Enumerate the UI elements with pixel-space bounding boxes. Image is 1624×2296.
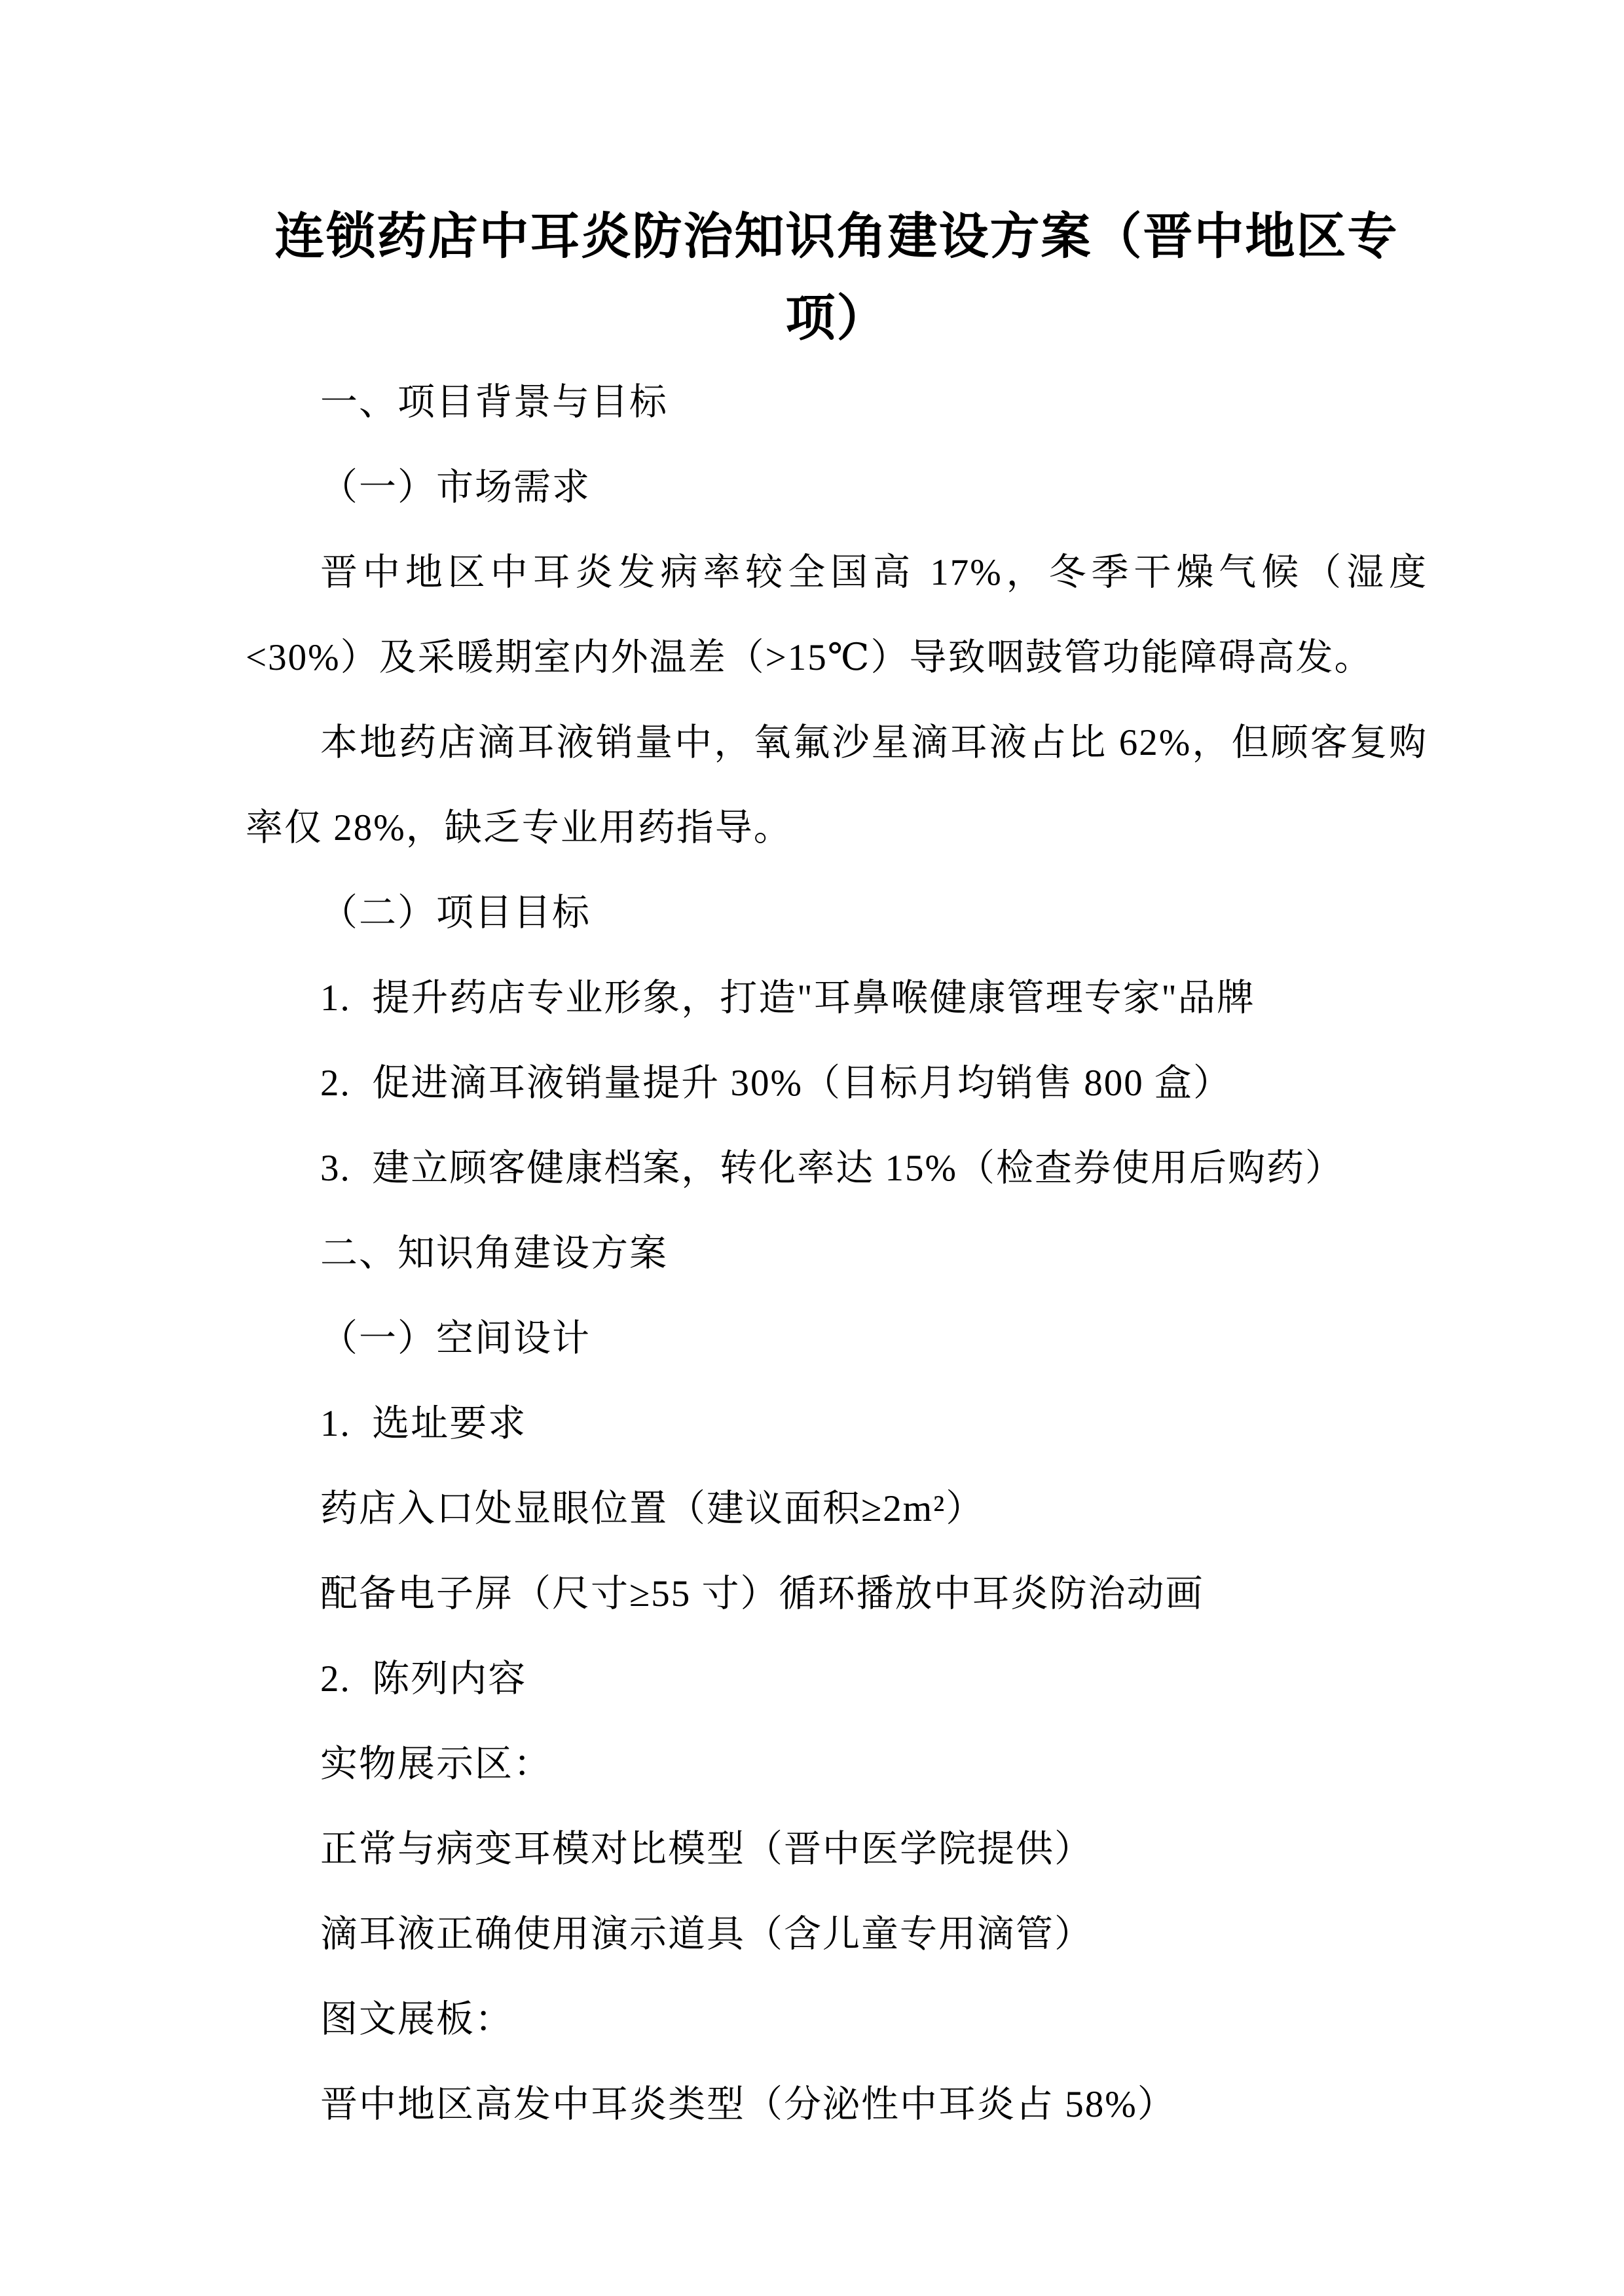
paragraph-line: 本地药店滴耳液销量中，氧氟沙星滴耳液占比 62%，但顾客复购 <box>246 701 1428 786</box>
paragraph-line: 率仅 28%，缺乏专业用药指导。 <box>246 786 1428 871</box>
paragraph-line: <30%）及采暖期室内外温差（>15℃）导致咽鼓管功能障碍高发。 <box>246 615 1428 701</box>
paragraph-line: 药店入口处显眼位置（建议面积≥2m²） <box>246 1467 1428 1552</box>
paragraph-line: 晋中地区中耳炎发病率较全国高 17%，冬季干燥气候（湿度 <box>246 530 1428 615</box>
paragraph-line: 实物展示区： <box>246 1722 1428 1807</box>
paragraph-line: 1. 选址要求 <box>246 1381 1428 1467</box>
paragraph-line: 配备电子屏（尺寸≥55 寸）循环播放中耳炎防治动画 <box>246 1552 1428 1637</box>
paragraph-line: （二）项目目标 <box>246 871 1428 956</box>
document-content: 连锁药店中耳炎防治知识角建设方案（晋中地区专项） 一、项目背景与目标（一）市场需… <box>246 196 1428 2147</box>
paragraph-line: 图文展板： <box>246 1977 1428 2062</box>
paragraph-line: 滴耳液正确使用演示道具（含儿童专用滴管） <box>246 1892 1428 1977</box>
paragraph-line: 晋中地区高发中耳炎类型（分泌性中耳炎占 58%） <box>246 2062 1428 2147</box>
paragraph-line: 2. 陈列内容 <box>246 1637 1428 1722</box>
paragraph-line: 二、知识角建设方案 <box>246 1211 1428 1296</box>
paragraph-line: 2. 促进滴耳液销量提升 30%（目标月均销售 800 盒） <box>246 1041 1428 1126</box>
paragraph-line: （一）市场需求 <box>246 445 1428 530</box>
paragraph-line: 1. 提升药店专业形象，打造"耳鼻喉健康管理专家"品牌 <box>246 956 1428 1041</box>
document-body: 一、项目背景与目标（一）市场需求晋中地区中耳炎发病率较全国高 17%，冬季干燥气… <box>246 360 1428 2147</box>
document-title: 连锁药店中耳炎防治知识角建设方案（晋中地区专项） <box>246 196 1428 360</box>
paragraph-line: （一）空间设计 <box>246 1296 1428 1381</box>
paragraph-line: 一、项目背景与目标 <box>246 360 1428 445</box>
paragraph-line: 正常与病变耳模对比模型（晋中医学院提供） <box>246 1807 1428 1892</box>
document-page: 连锁药店中耳炎防治知识角建设方案（晋中地区专项） 一、项目背景与目标（一）市场需… <box>0 0 1624 2296</box>
paragraph-line: 3. 建立顾客健康档案，转化率达 15%（检查券使用后购药） <box>246 1126 1428 1211</box>
